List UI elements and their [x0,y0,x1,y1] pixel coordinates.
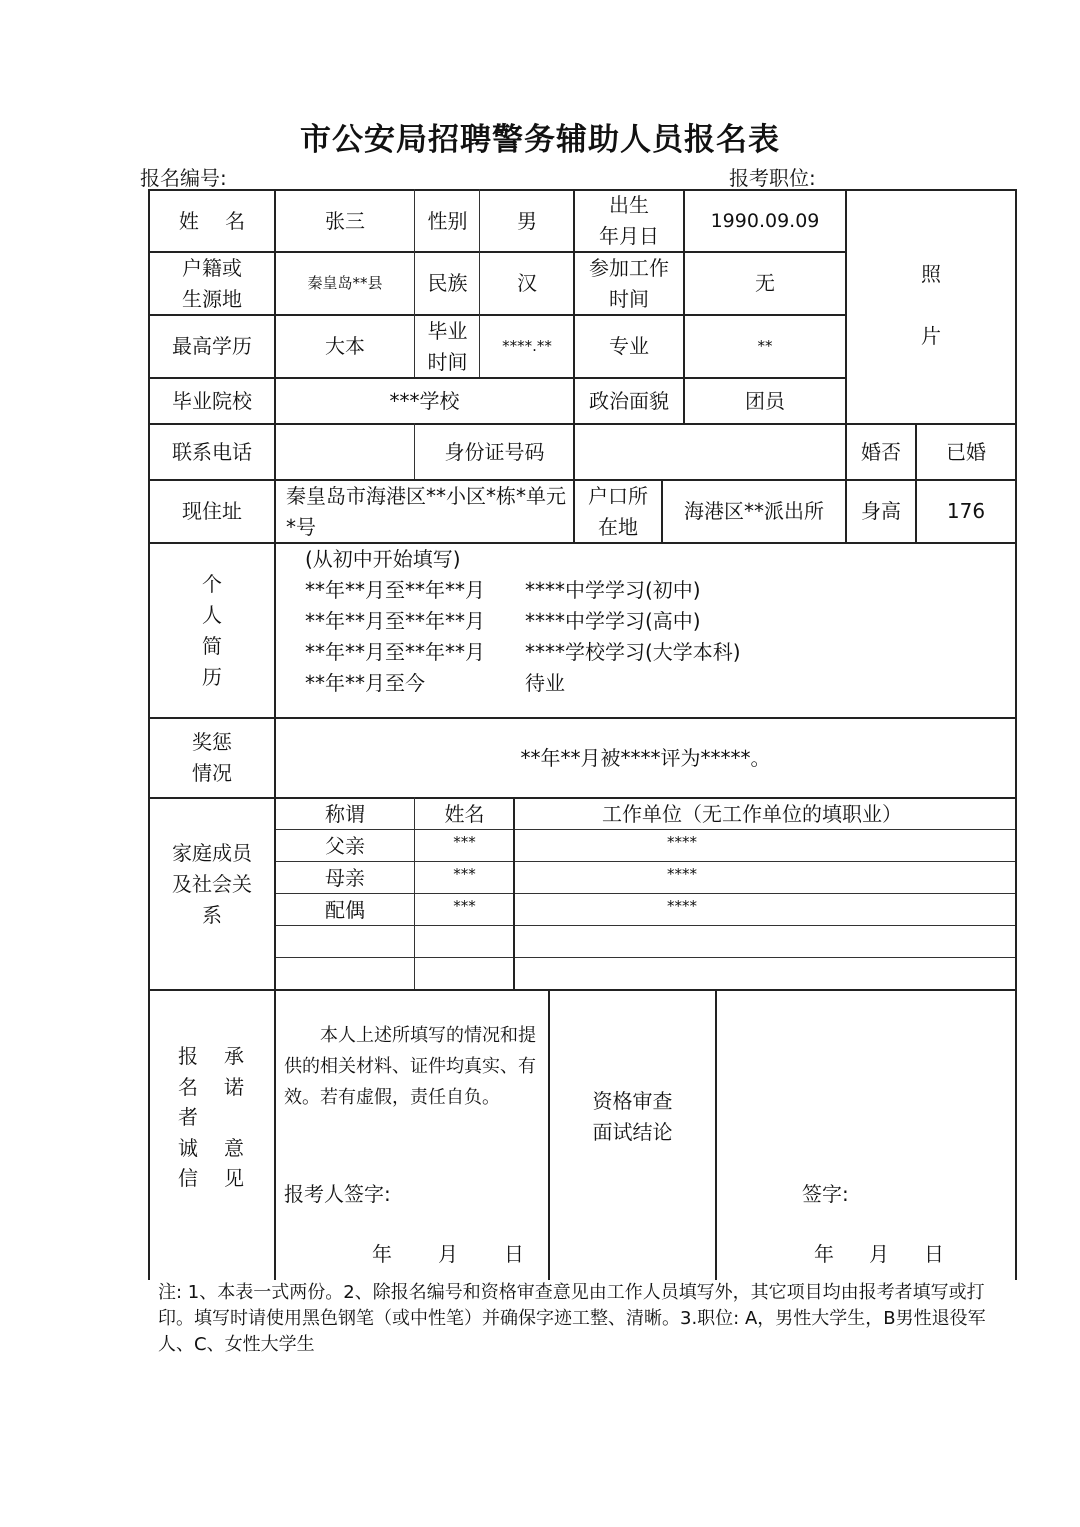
hukou-value[interactable]: 海港区**派出所 [663,481,845,542]
ethnicity-label: 民族 [416,253,479,314]
address-value[interactable]: 秦皇岛市海港区**小区*栋*单元*号 [276,481,573,542]
family-header-workplace: 工作单位（无工作单位的填职业） [515,799,1015,829]
resume-label: 个 人 简 历 [150,544,274,717]
registration-number-label: 报名编号: [140,162,227,191]
family-header-relation: 称谓 [276,799,414,829]
position-label: 报考职位: [729,162,816,191]
awards-label-line1: 奖惩 [192,727,232,758]
family-member-name[interactable] [416,959,513,989]
work-start-label: 参加工作 时间 [575,253,683,314]
family-workplace[interactable] [515,927,1015,957]
grid-line [479,189,480,377]
family-relation[interactable]: 母亲 [276,863,414,893]
political-status-value[interactable]: 团员 [685,379,845,423]
pledge-label-char: 报 [178,1041,198,1072]
family-member-name[interactable] [416,927,513,957]
photo-label-line2: 片 [921,321,941,352]
resume-label-char: 简 [202,631,222,662]
resume-label-char: 个 [202,569,222,600]
applicant-signature-date[interactable]: 年 月 日 [372,1238,524,1267]
resume-description: ****中学学习(高中) [525,606,701,637]
phone-label: 联系电话 [150,425,274,479]
school-label: 毕业院校 [150,379,274,423]
date-month: 月 [438,1238,504,1267]
resume-period: **年**月至**年**月 [305,575,525,606]
resume-label-char: 历 [202,662,222,693]
graduation-time-label: 毕业 时间 [416,316,479,377]
resume-description: ****学校学习(大学本科) [525,637,741,668]
awards-label: 奖惩 情况 [150,719,274,797]
family-workplace[interactable] [515,959,1015,989]
hukou-label-line1: 户口所 [588,481,648,512]
date-day: 日 [924,1238,944,1267]
resume-description: 待业 [525,668,565,699]
hukou-label-line2: 在地 [598,512,638,543]
pledge-label-char: 意 [224,1133,244,1164]
pledge-label-char: 者 [178,1102,198,1133]
birth-label-line1: 出生 [609,190,649,221]
work-start-label-line1: 参加工作 [589,253,669,284]
family-workplace[interactable]: **** [515,863,849,885]
form-title: 市公安局招聘警务辅助人员报名表 [0,114,1080,159]
resume-period: **年**月至今 [305,668,525,699]
origin-value[interactable]: 秦皇岛**县 [276,253,414,314]
political-status-label: 政治面貌 [575,379,683,423]
address-label: 现住址 [150,481,274,542]
grad-time-label-line2: 时间 [428,347,468,378]
work-start-value[interactable]: 无 [685,253,845,314]
awards-label-line2: 情况 [192,758,232,789]
photo-area[interactable]: 照 片 [847,191,1015,423]
grid-line [715,989,717,1280]
major-label: 专业 [575,316,683,377]
grid-line [414,797,415,989]
resume-label-char: 人 [202,600,222,631]
height-label: 身高 [847,481,915,542]
resume-content[interactable]: (从初中开始填写) **年**月至**年**月 ****中学学习(初中) **年… [305,544,741,699]
hukou-label: 户口所 在地 [575,481,661,542]
family-relation[interactable] [276,927,414,957]
birth-label-line2: 年月日 [599,221,659,252]
date-month: 月 [869,1238,924,1267]
grid-line [414,189,415,377]
education-label: 最高学历 [150,316,274,377]
resume-entry: **年**月至**年**月 ****中学学习(初中) [305,575,741,606]
resume-period: **年**月至**年**月 [305,637,525,668]
gender-value[interactable]: 男 [481,191,573,251]
pledge-label-char: 承 [224,1041,244,1072]
date-year: 年 [372,1238,438,1267]
grid-line [274,861,1016,862]
family-relation[interactable]: 父亲 [276,831,414,861]
phone-value[interactable] [276,425,414,479]
resume-entry: **年**月至今 待业 [305,668,741,699]
pledge-label-char: 见 [224,1163,244,1194]
pledge-label-char: 诚 [178,1133,198,1164]
education-value[interactable]: 大本 [276,316,414,377]
review-label-line2: 面试结论 [593,1117,673,1148]
resume-entry: **年**月至**年**月 ****学校学习(大学本科) [305,637,741,668]
review-label: 资格审查 面试结论 [550,1086,715,1148]
origin-label: 户籍或 生源地 [150,253,274,314]
marital-value[interactable]: 已婚 [917,425,1015,479]
reviewer-signature-label[interactable]: 签字: [802,1178,849,1207]
pledge-label-char: 诺 [224,1072,244,1103]
date-day: 日 [504,1238,524,1267]
origin-label-line2: 生源地 [182,284,242,315]
family-member-name[interactable]: *** [416,895,513,917]
height-value[interactable]: 176 [917,481,1015,542]
resume-period: **年**月至**年**月 [305,606,525,637]
grid-line [274,925,1016,926]
grid-line [1015,189,1017,1280]
graduation-time-value[interactable]: ****.** [481,316,573,377]
marital-label: 婚否 [847,425,915,479]
family-workplace[interactable]: **** [515,831,849,853]
reviewer-signature-date[interactable]: 年 月 日 [814,1238,944,1267]
form-note: 注: 1、本表一式两份。2、除报名编号和资格审查意见由工作人员填写外，其它项目均… [158,1280,998,1358]
family-header-name: 姓名 [416,799,513,829]
id-number-value[interactable] [575,425,845,479]
resume-entry: **年**月至**年**月 ****中学学习(高中) [305,606,741,637]
review-label-line1: 资格审查 [593,1086,673,1117]
family-relation[interactable] [276,959,414,989]
family-member-name[interactable]: *** [416,863,513,885]
pledge-label-char: 名 [178,1072,198,1103]
family-label: 家庭成员 及社会关 系 [150,799,274,989]
gender-label: 性别 [416,191,479,251]
pledge-statement: 本人上述所填写的情况和提供的相关材料、证件均真实、有效。若有虚假，责任自负。 [284,1020,546,1113]
birth-date-label: 出生 年月日 [575,191,683,251]
name-value[interactable]: 张三 [276,191,414,251]
school-value[interactable]: ***学校 [276,379,573,423]
family-label-line1: 家庭成员 [172,838,252,869]
grid-line [274,893,1016,894]
grad-time-label-line1: 毕业 [428,316,468,347]
family-member-name[interactable]: *** [416,831,513,853]
grid-line [414,423,415,479]
family-relation[interactable]: 配偶 [276,895,414,925]
origin-label-line1: 户籍或 [182,253,242,284]
resume-hint: (从初中开始填写) [305,544,741,575]
resume-description: ****中学学习(初中) [525,575,701,606]
family-label-line2: 及社会关 [172,869,252,900]
ethnicity-value[interactable]: 汉 [481,253,573,314]
name-label: 姓 名 [150,191,274,251]
awards-value[interactable]: **年**月被****评为*****。 [276,719,1015,797]
pledge-label: 报 名 者 诚 信 承 诺 意 见 [178,1041,244,1194]
grid-line [274,957,1016,958]
family-label-line3: 系 [202,900,222,931]
family-workplace[interactable]: **** [515,895,849,917]
major-value[interactable]: ** [685,316,845,377]
work-start-label-line2: 时间 [609,284,649,315]
pledge-label-char: 信 [178,1163,198,1194]
grid-line [148,989,1016,991]
id-number-label: 身份证号码 [416,425,573,479]
applicant-signature-label[interactable]: 报考人签字: [284,1178,391,1207]
date-year: 年 [814,1238,869,1267]
birth-date-value[interactable]: 1990.09.09 [685,191,845,251]
photo-label-line1: 照 [921,259,941,290]
